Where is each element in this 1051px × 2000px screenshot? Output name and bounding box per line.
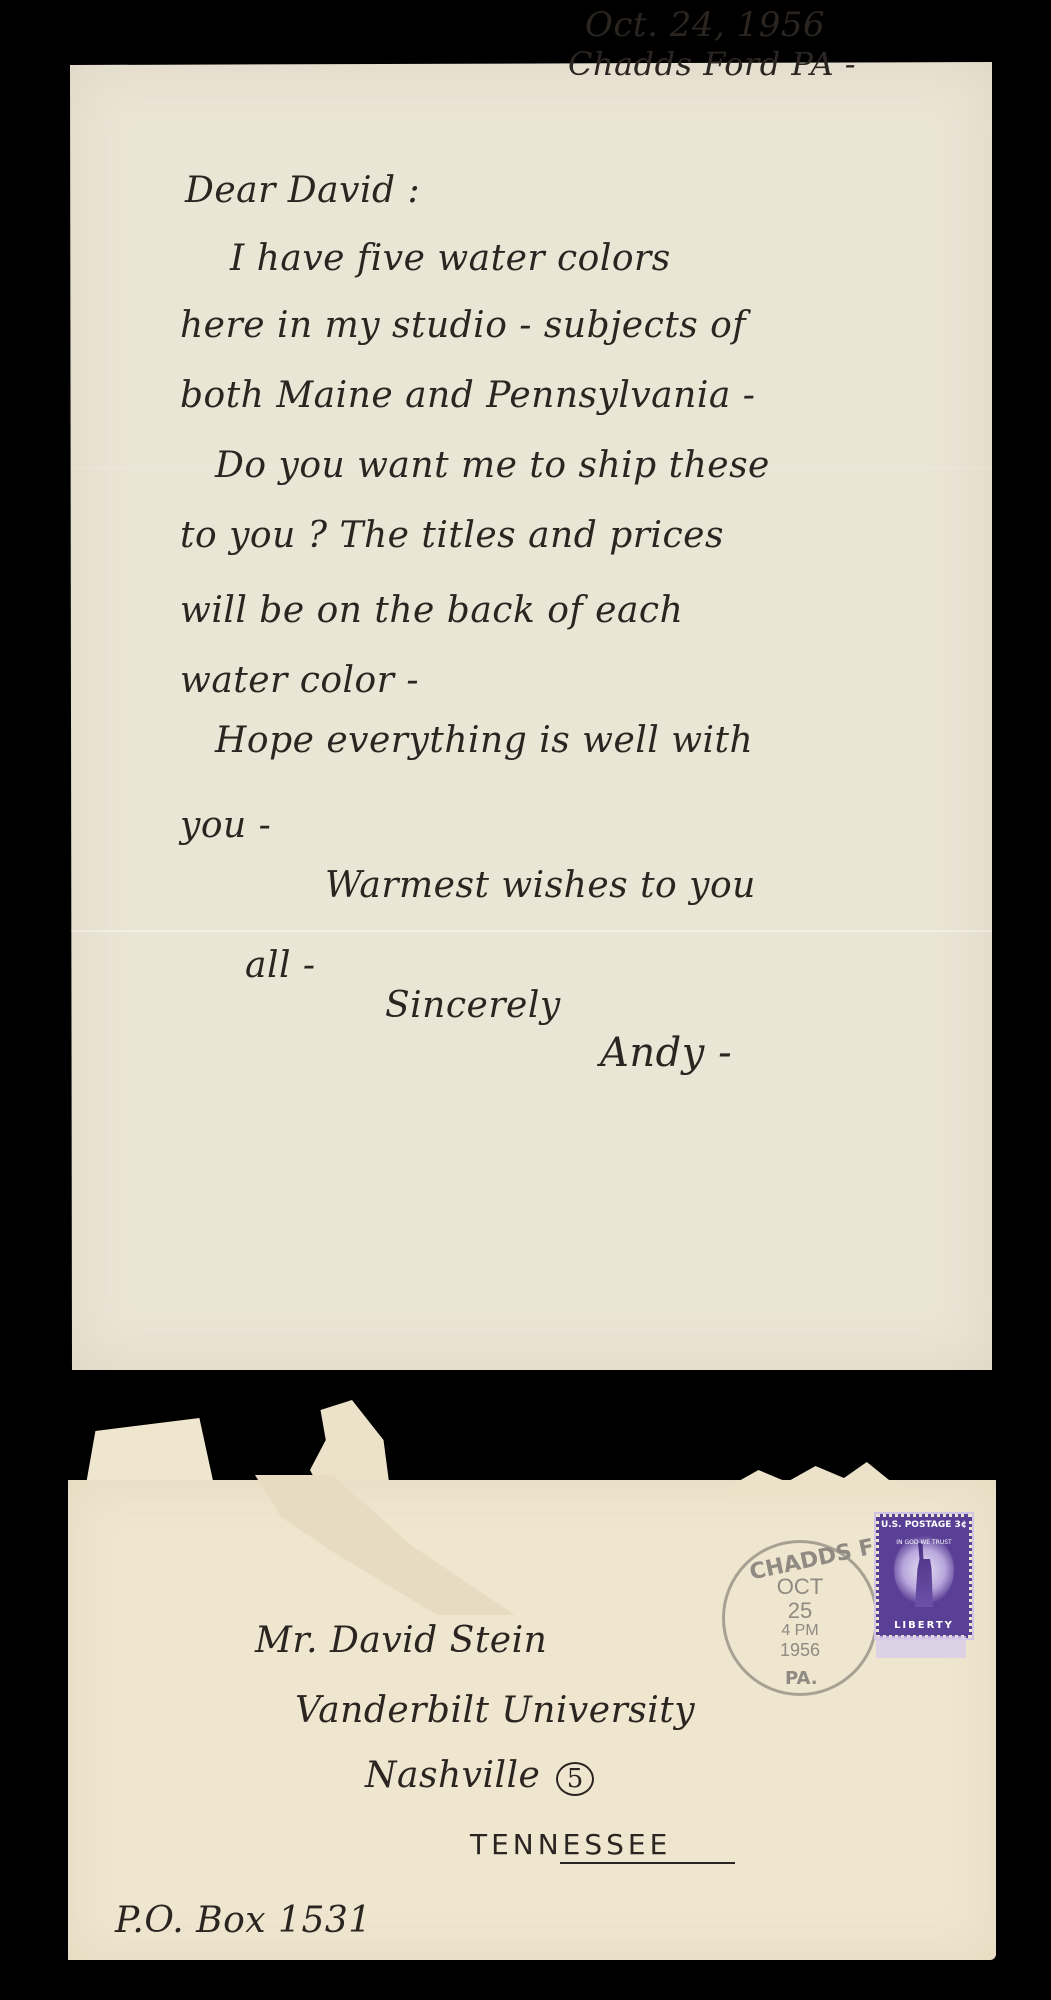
address-recipient: Mr. David Stein — [255, 1620, 547, 1661]
postmark-day: 25 — [770, 1598, 830, 1624]
postal-zone: 5 — [556, 1762, 594, 1796]
letter-line: you - — [180, 805, 271, 846]
envelope-torn-edge — [730, 1462, 920, 1502]
letter-closing: Sincerely — [385, 985, 561, 1026]
postmark-year: 1956 — [770, 1640, 830, 1661]
stamp-denomination: U.S. POSTAGE 3¢ — [879, 1520, 969, 1530]
letter-fold-line — [70, 930, 992, 932]
state-underline — [560, 1862, 735, 1864]
letter-line: water color - — [180, 660, 419, 701]
address-city-line: Nashville5 — [365, 1755, 594, 1796]
letter-signature: Andy - — [600, 1030, 732, 1076]
letter-line: here in my studio - subjects of — [180, 305, 746, 346]
letter-line: Do you want me to ship these — [215, 445, 770, 486]
address-po-box: P.O. Box 1531 — [115, 1900, 372, 1941]
letter-line: both Maine and Pennsylvania - — [180, 375, 755, 416]
letter-salutation: Dear David : — [185, 170, 420, 211]
address-institution: Vanderbilt University — [295, 1690, 695, 1731]
stamp-label: LIBERTY — [879, 1620, 969, 1631]
letter-line: to you ? The titles and prices — [180, 515, 724, 556]
postmark-state: PA. — [785, 1668, 818, 1689]
stamp-motto: IN GOD WE TRUST — [879, 1539, 969, 1546]
address-state: TENNESSEE — [470, 1828, 671, 1861]
letter-line: I have five water colors — [230, 238, 671, 279]
letter-line: will be on the back of each — [180, 590, 683, 631]
address-city: Nashville — [365, 1755, 540, 1796]
letter-date: Oct. 24, 1956 — [585, 5, 825, 45]
letter-line: Warmest wishes to you — [325, 865, 756, 906]
postmark-month: OCT — [770, 1574, 830, 1600]
postage-stamp: U.S. POSTAGE 3¢ IN GOD WE TRUST LIBERTY — [876, 1514, 972, 1638]
letter-place: Chadds Ford PA - — [568, 45, 856, 83]
postmark-time: 4 PM — [770, 1622, 830, 1640]
stamp-selvage — [876, 1636, 966, 1658]
letter-line: Hope everything is well with — [215, 720, 753, 761]
letter-line: all - — [245, 945, 316, 986]
